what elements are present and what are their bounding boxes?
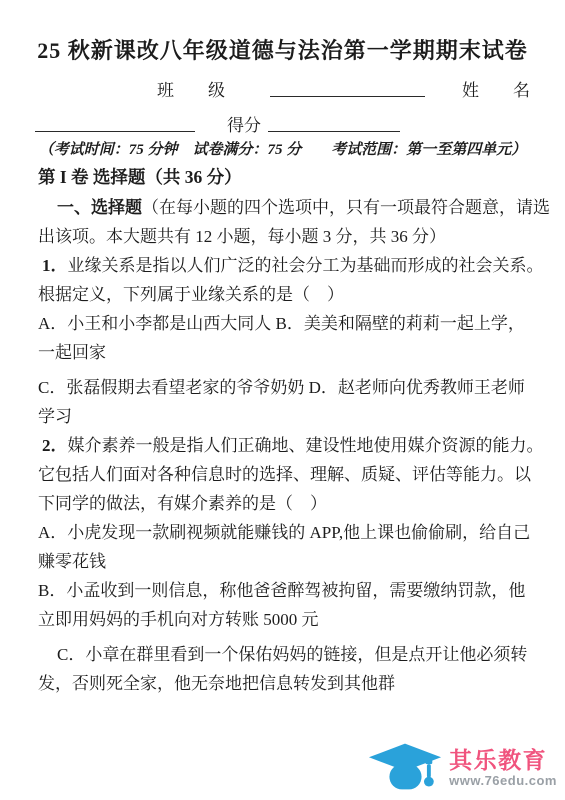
question-2-line-3: 下同学的做法，有媒介素养的是（ ） [38, 489, 538, 518]
tassel-cord [427, 764, 431, 778]
page-title: 25 秋新课改八年级道德与法治第一学期期末试卷 [0, 34, 565, 65]
question-2-option-a-cont: 赚零花钱 [38, 547, 538, 576]
instructions-bold: 一、选择题 [57, 198, 142, 217]
exam-paper-page: 25 秋新课改八年级道德与法治第一学期期末试卷 班 级 姓 名 得分 （考试时间… [0, 0, 565, 800]
question-1-line-1: 1．业缘关系是指以人们广泛的社会分工为基础而形成的社会关系。 [38, 251, 538, 280]
name-label: 姓 名 [462, 76, 530, 101]
question-2-option-b: B．小孟收到一则信息，称他爸爸醉驾被拘留，需要缴纳罚款，他 [38, 576, 538, 605]
score-label: 得分 [227, 111, 261, 136]
question-2-number: 2． [42, 436, 68, 455]
name-field-line [35, 111, 195, 132]
class-field-line [270, 76, 425, 97]
brand-website: www.76edu.com [449, 773, 557, 789]
section-heading: 第 I 卷 选择题（共 36 分） [38, 164, 242, 189]
question-2-stem: 媒介素养一般是指人们正确地、建设性地使用媒介资源的能力。 [68, 436, 544, 455]
score-field-line [268, 111, 400, 132]
class-label: 班 级 [157, 76, 225, 101]
question-1-option-b-cont: 一起回家 [38, 338, 538, 367]
question-2-option-b-cont: 立即用妈妈的手机向对方转账 5000 元 [38, 605, 538, 634]
question-1-options-cd: C．张磊假期去看望老家的爷爷奶奶 D．赵老师向优秀教师王老师 [38, 373, 538, 402]
instructions-rest: （在每小题的四个选项中，只有一项最符合题意，请选 [142, 198, 550, 217]
body-text: 一、选择题（在每小题的四个选项中，只有一项最符合题意，请选 出该项。本大题共有 … [38, 193, 538, 698]
question-2-line-1: 2．媒介素养一般是指人们正确地、建设性地使用媒介资源的能力。 [38, 431, 538, 460]
question-1-option-d-cont: 学习 [38, 402, 538, 431]
brand-name: 其乐教育 [449, 747, 547, 773]
instructions-line-2: 出该项。本大题共有 12 小题，每小题 3 分，共 36 分） [38, 222, 538, 251]
question-2-line-2: 它包括人们面对各种信息时的选择、理解、质疑、评估等能力。以 [38, 460, 538, 489]
question-1-line-2: 根据定义，下列属于业缘关系的是（ ） [38, 280, 538, 309]
publisher-logo: 其乐教育 www.76edu.com [367, 742, 557, 794]
exam-info: （考试时间：75 分钟 试卷满分：75 分 考试范围：第一至第四单元） [0, 138, 565, 159]
logo-text: 其乐教育 www.76edu.com [449, 747, 557, 789]
tassel-knot [426, 757, 433, 764]
question-1-number: 1． [42, 256, 68, 275]
instructions-line-1: 一、选择题（在每小题的四个选项中，只有一项最符合题意，请选 [38, 193, 538, 222]
question-2-option-c-cont: 发，否则死全家，他无奈地把信息转发到其他群 [38, 669, 538, 698]
question-2-option-c: C．小章在群里看到一个保佑妈妈的链接，但是点开让他必须转 [38, 640, 538, 669]
question-1-stem: 业缘关系是指以人们广泛的社会分工为基础而形成的社会关系。 [68, 256, 544, 275]
tassel-ball [424, 777, 434, 787]
graduation-cap-icon [367, 742, 443, 794]
question-2-option-a: A．小虎发现一款刷视频就能赚钱的 APP,他上课也偷偷刷，给自己 [38, 518, 538, 547]
question-1-options-ab: A．小王和小李都是山西大同人 B．美美和隔壁的莉莉一起上学， [38, 309, 538, 338]
